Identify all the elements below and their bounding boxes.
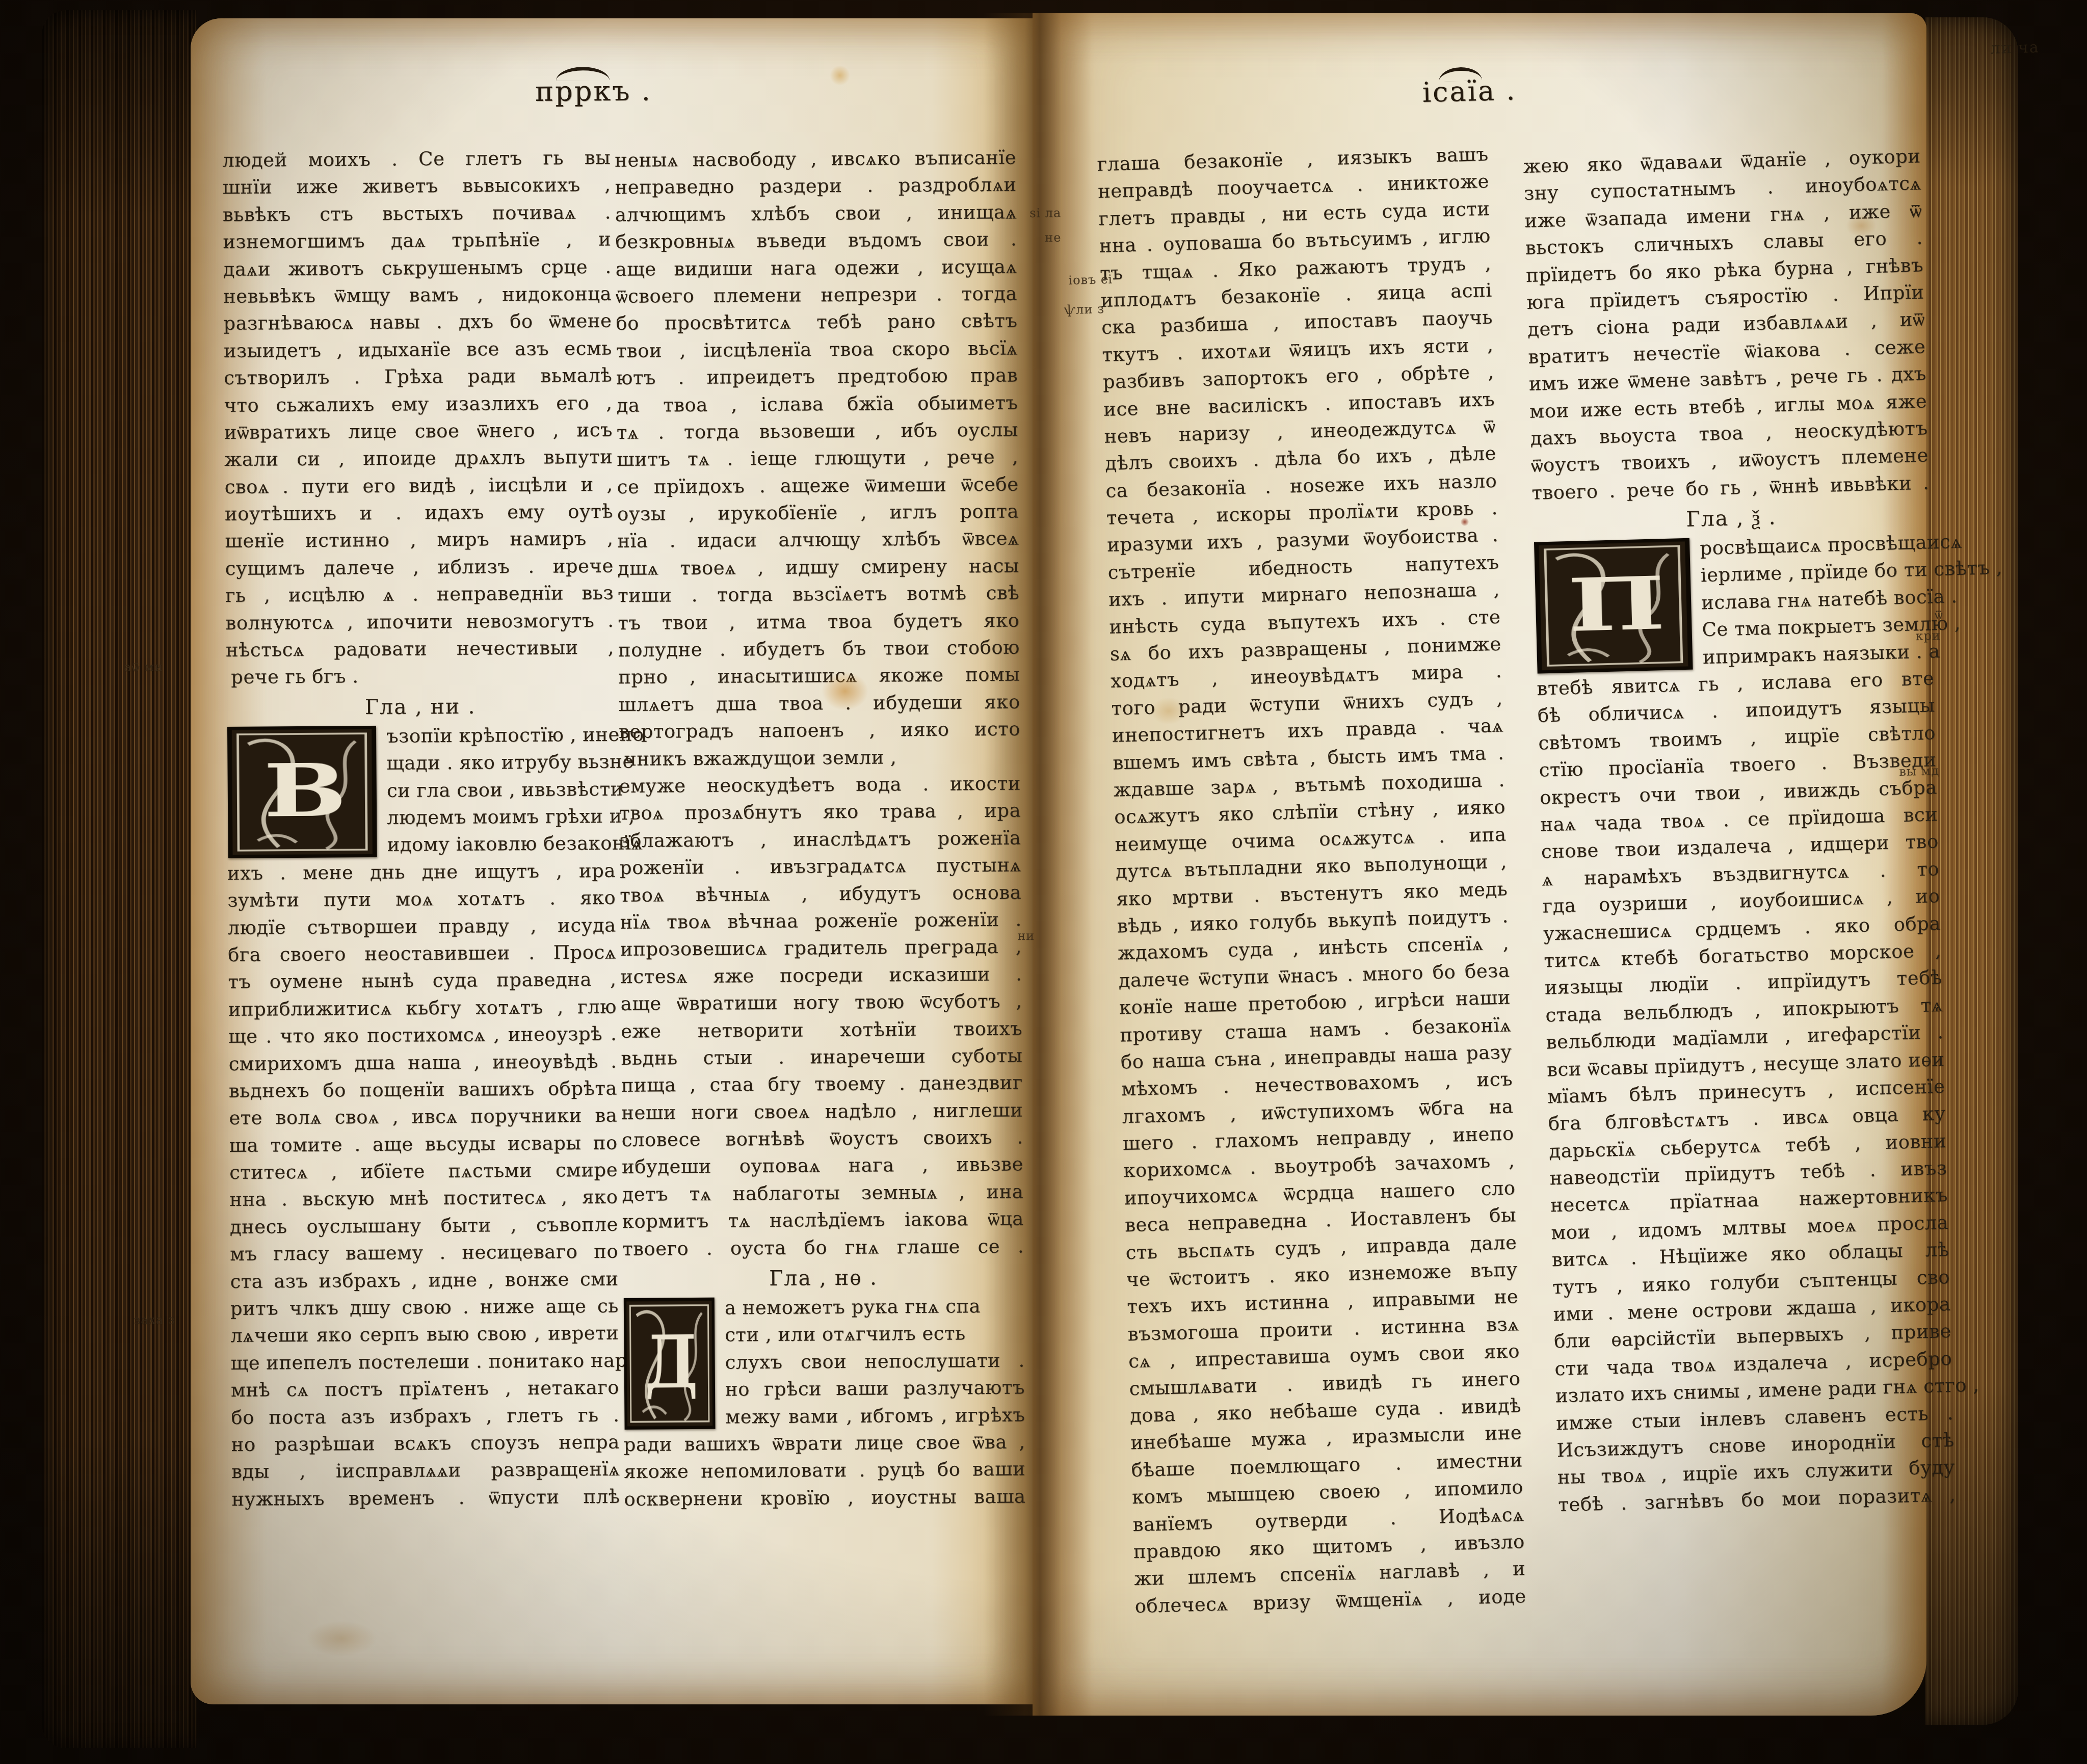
text-line: шлѧетъ дша твоа . ибудеши яко (618, 688, 1020, 718)
text-line: истеѕѧ яже посреди исказиши . (620, 960, 1022, 990)
text-line: аще видиши нага одежи , исущаѧ (615, 253, 1017, 283)
text-line: людей моихъ . Се глетъ гь вы (222, 144, 611, 174)
text-line: мъ гласу вашему . несицеваго по (230, 1238, 618, 1268)
text-line: вьвѣкъ стъ вьстыхъ почиваѧ . (223, 198, 611, 228)
text-line: но разрѣшаи всѧкъ споузъ непра (231, 1429, 620, 1459)
text-line: смирихомъ дша наша , инеоувѣдѣ . (228, 1047, 617, 1077)
text-line: да твоа , іслава бжїа обыиметъ (616, 389, 1018, 419)
text-line: бга своего неоставившеи . Просѧ (228, 939, 616, 969)
text-line: гь , исцѣлю ѧ . неправеднїи вьз (225, 580, 614, 610)
text-line: чникъ вжаждущои земли , (619, 743, 1020, 773)
svg-text:П: П (1567, 561, 1666, 649)
text-line: роженїи . ивъзградѧтсѧ пустынѧ (620, 852, 1021, 882)
text-line: тъ оумене нынѣ суда праведна , (228, 966, 616, 996)
text-line: ете волѧ своѧ , ивсѧ поручники ва (229, 1102, 617, 1132)
text-line: рече гь бгъ . (226, 661, 614, 691)
text-line: ютъ . ипреидетъ предтобою прав (616, 362, 1018, 392)
margin-note: не (1045, 230, 1061, 245)
text-line: твоѧ вѣчныѧ , ибудутъ основа (620, 879, 1021, 909)
text-line: ритъ члкъ дшу свою . ниже аще сь (230, 1293, 619, 1323)
text-line: алчющимъ хлѣбъ свои , инищаѧ (615, 198, 1017, 228)
margin-note: ѿ (1935, 608, 1943, 622)
text-line: ипрозовешисѧ градитель преграда , (620, 933, 1022, 963)
margin-note: іовъ єі (1068, 272, 1113, 287)
text-line: мнѣ сѧ постъ прїѧтенъ , нетакаго (231, 1374, 619, 1404)
text-line: ихъ . мене днь дне ищутъ , ира (227, 857, 616, 887)
text-line: иприближитисѧ кьбгу хотѧтъ , глю (228, 993, 617, 1023)
text-line: вьднехъ бо пощенїи вашихъ обрѣта (229, 1075, 617, 1105)
chapter-heading: Гла , ни . (226, 690, 614, 722)
text-line: якоже непомиловати . руцѣ бо ваши (624, 1456, 1025, 1486)
svg-text:Д: Д (644, 1320, 698, 1405)
text-line: неныѧ насвободу , ивсѧко въписанїе (615, 144, 1016, 174)
text-line: еже нетворити хотѣнїи твоихъ (621, 1015, 1022, 1045)
left-page-column-1: людей моихъ . Се глетъ гь вышнїи иже жив… (222, 144, 620, 1513)
text-line: сътворилъ . Грѣха ради вьмалѣ (224, 362, 612, 392)
text-line: прно , инасытишисѧ якоже помы (618, 661, 1020, 691)
right-page-column-2: жею яко ѿдаваѧи ѿданїе , оукоризну супос… (1523, 143, 1956, 1519)
text-line: ще ипепелъ постелеши . понитако наречетъ (230, 1347, 619, 1377)
text-line: даѧи животъ ськрушенымъ срце . (223, 253, 611, 283)
text-line: невьвѣкъ ѿмщу вамъ , нидоконца (223, 280, 612, 310)
text-line: оузы , ирукобїенїе , иглъ ропта (617, 498, 1019, 528)
running-head-text: ісаїа . (1422, 74, 1517, 109)
margin-note: ѱли з (1064, 302, 1104, 317)
text-line: зблажаютъ , инаслѣдѧтъ роженїа (619, 824, 1021, 854)
text-line: неши ноги своеѧ надѣло , ниглеши (621, 1096, 1023, 1126)
svg-text:В: В (263, 748, 347, 833)
text-line: разгнѣваюсѧ навы . дхъ бо ѿмене (223, 307, 612, 337)
text-line: ще . что яко постихомсѧ , инеоузрѣ . (228, 1020, 617, 1050)
text-line: шитъ тѧ . іеще глющути , рече , (617, 443, 1018, 473)
text-line: своѧ . пути его видѣ , іисцѣли и , (224, 470, 613, 501)
margin-note: вы мд (1899, 763, 1939, 779)
text-line: днесь оуслышану быти , съвопле (230, 1210, 618, 1241)
text-line: сущимъ далече , иблизъ . ирече (225, 552, 614, 583)
text-line: иѿвратихъ лице свое ѿнего , исъ (224, 416, 613, 446)
margin-note: аѿ ми (124, 660, 163, 675)
text-line: волнуютсѧ , ипочити невозмогутъ . (225, 607, 614, 637)
text-line: словесе вогнѣвѣ ѿоустъ своихъ . (621, 1124, 1023, 1154)
margin-note: кри (1915, 628, 1941, 643)
running-head-text: прркъ . (535, 74, 652, 108)
text-line: емуже неоскудѣетъ вода . икости (619, 770, 1021, 800)
text-line: нѣстьсѧ радовати нечестивыи , (226, 634, 614, 664)
text-line: людїе сътворшеи правду , исуда (228, 911, 616, 941)
chapter-heading: Гла , нѳ . (622, 1261, 1024, 1294)
text-line: безкровныѧ въведи въдомъ свои . (615, 226, 1017, 256)
text-line: изнемогшимъ даѧ трьпѣнїе , и (223, 226, 611, 256)
open-book-photo: прркъ . ісаїа . ли ча людей моихъ . Се г… (0, 0, 2087, 1764)
text-line: нужныхъ временъ . ѿпусти плѣ (231, 1483, 620, 1513)
text-line: вды , іисправлѧѧи развращенїѧ (231, 1456, 620, 1486)
text-line: нна . вьскую мнѣ поститесѧ , яко (229, 1183, 618, 1214)
left-running-head: прркъ . (535, 74, 652, 108)
text-line: лѧчеши яко серпъ выю свою , иврети (230, 1320, 619, 1350)
text-line: бо просвѣтитсѧ тебѣ рано свѣтъ (616, 307, 1017, 337)
text-line: тѧ . тогда вьзовеши , ибъ оуслы (617, 416, 1018, 446)
right-running-head: ісаїа . (1422, 74, 1517, 109)
text-line: дшѧ твоеѧ , идшу смирену насы (618, 552, 1019, 582)
text-line: неправедно раздери . раздроблѧи (615, 171, 1016, 201)
text-line: тъ твои , итма твоа будетъ яко (618, 607, 1019, 637)
text-line: бо поста азъ избрахъ , глетъ гь . (231, 1401, 619, 1431)
right-page-column-1: глаша безаконїе , иязыкъ вашънеправдѣ по… (1097, 141, 1526, 1620)
text-line: пища , стаа бгу твоему . данездвиг (621, 1069, 1023, 1099)
dropcap-paragraph: Възопїи крѣпостїю , инепощади . яко итру… (226, 721, 616, 859)
text-line: что сьжалихъ ему изазлихъ его , (224, 389, 612, 419)
left-fore-edge (42, 10, 197, 1748)
ornate-initial: В (227, 726, 377, 858)
text-line: жали си , ипоиде дрѧхлъ вьпути (224, 443, 613, 473)
text-line: се прїидохъ . ащеже ѿимеши ѿсебе (617, 470, 1018, 501)
text-line: кормитъ тѧ наслѣдїемъ іакова ѿца (622, 1205, 1024, 1235)
margin-note: ѕі ла (1029, 206, 1061, 220)
text-line: изыидетъ , идыханїе все азъ есмь (224, 334, 612, 364)
ornate-initial: П (1534, 538, 1693, 674)
text-line: детъ тѧ наблаготы земныѧ , ина (622, 1178, 1023, 1208)
text-line: зумѣти пути моѧ хотѧтъ . яко (227, 884, 616, 914)
text-line: ша томите . аще вьсуды исвары по (229, 1129, 617, 1159)
text-line: ради вашихъ ѿврати лице свое ѿва , (624, 1428, 1025, 1458)
text-line: аще ѿвратиши ногу твою ѿсуботъ , (621, 988, 1022, 1018)
text-line: твоѧ прозѧбнутъ яко трава , ира (619, 797, 1021, 827)
dropcap-paragraph: Да неможетъ рука гнѧ спасти , или отѧгчи… (623, 1292, 1025, 1431)
margin-note: ни (1017, 929, 1035, 943)
folio-number: ли ча (1990, 38, 2040, 58)
text-line: нїѧ твоѧ вѣчнаа роженїе роженїи . (620, 906, 1021, 936)
text-line: шнїи иже живетъ вьвысокихъ , (222, 171, 611, 201)
dropcap-paragraph: Просвѣщаисѧ просвѣщаисѧіерлиме , прїиде … (1533, 529, 1934, 675)
text-line: нїа . идаси алчющу хлѣбъ ѿвсеѧ (617, 525, 1019, 555)
text-line: ститесѧ , ибїете пѧстьми смире (229, 1156, 618, 1187)
text-line: иоутѣшихъ и . идахъ ему оутѣ (225, 498, 613, 528)
text-line: твоего . оуста бо гнѧ глаше се . (622, 1232, 1024, 1262)
text-line: вьднь стыи . инаречеши суботы (621, 1042, 1022, 1072)
text-line: вертоградъ напоенъ , ияко исто (619, 716, 1020, 746)
text-line: твои , іисцѣленїа твоа скоро вьсїѧ (616, 334, 1018, 364)
left-page-column-2: неныѧ насвободу , ивсѧко въписанїенеправ… (615, 144, 1026, 1513)
text-line: полудне . ибудетъ бъ твои стобою (618, 634, 1020, 664)
ornate-initial: Д (624, 1298, 716, 1430)
text-line: ста азъ избрахъ , идне , вонже сми (230, 1265, 618, 1295)
margin-note: заха з (134, 1312, 175, 1327)
text-line: тиши . тогда вьзсїѧетъ вотмѣ свѣ (618, 580, 1019, 610)
text-line: шенїе истинно , миръ намиръ , (225, 525, 613, 555)
text-line: ѿсвоего племени непрезри . тогда (616, 280, 1017, 310)
text-line: осквернени кровїю , иоустны ваша (624, 1483, 1025, 1513)
text-line: ибудеши оуповаѧ нага , ивьзве (622, 1151, 1023, 1181)
